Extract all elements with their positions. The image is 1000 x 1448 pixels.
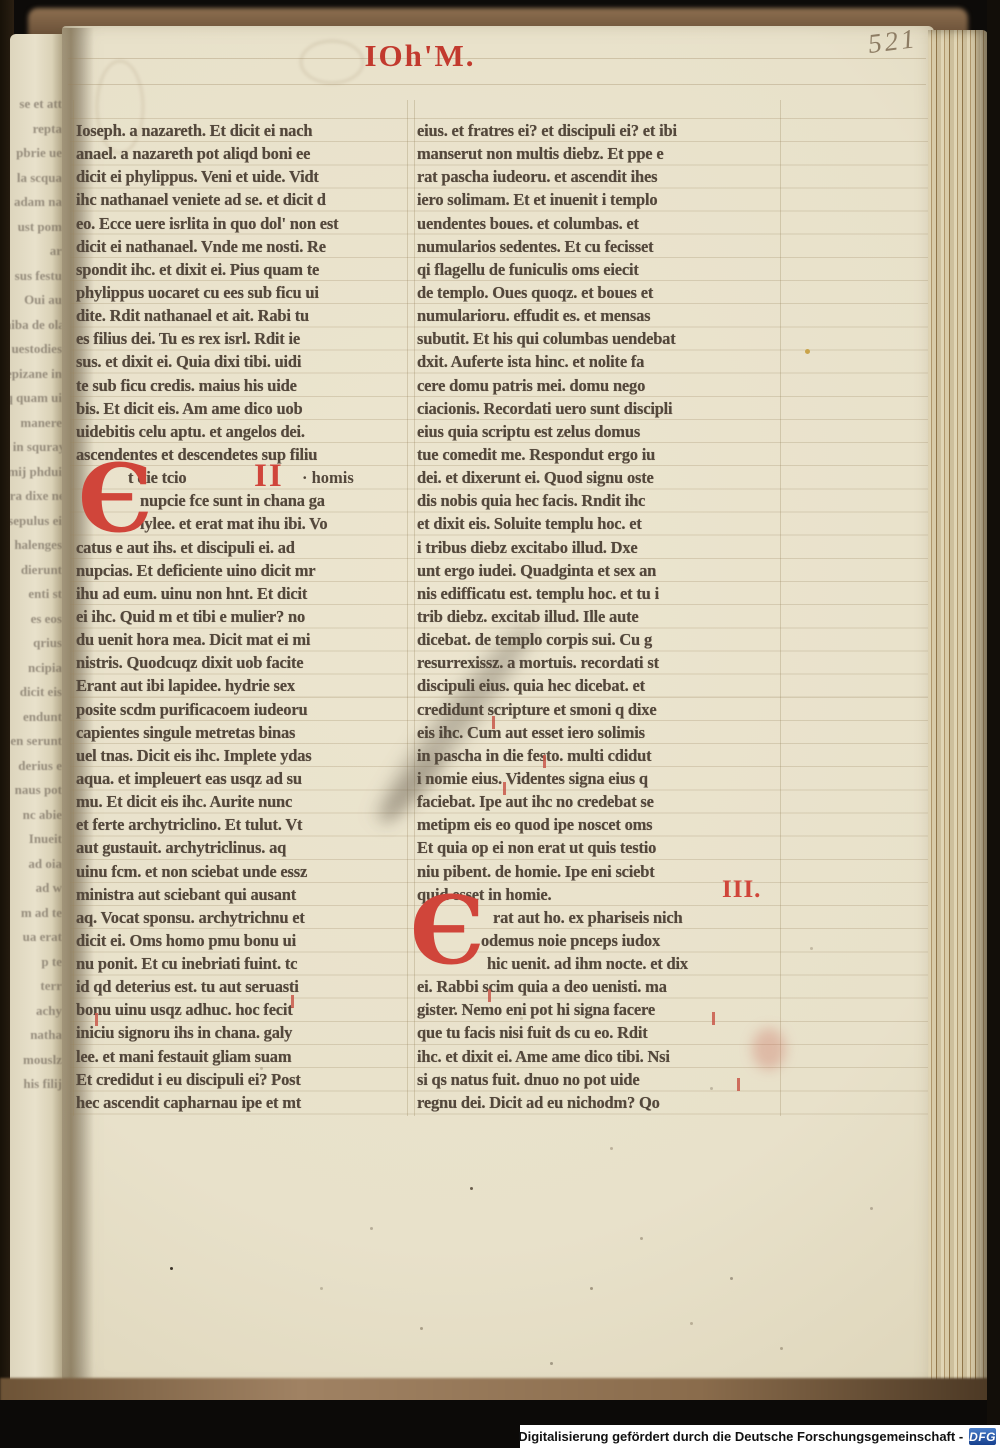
manuscript-line: es filius dei. Tu es rex isrl. Rdit ie	[76, 327, 410, 350]
manuscript-line: du uenit hora mea. Dicit mat ei mi	[76, 628, 410, 651]
manuscript-line: dicit ei nathanael. Vnde me nosti. Re	[76, 235, 410, 258]
manuscript-line: dicit ei phylippus. Veni et uide. Vidt	[76, 165, 410, 188]
manuscript-line: bis. Et dicit eis. Am ame dico uob	[76, 397, 410, 420]
manuscript-line: aut gustauit. archytriclinus. aq	[76, 836, 410, 859]
manuscript-line: capientes singule metretas binas	[76, 721, 410, 744]
dfg-logo: DFG	[969, 1428, 996, 1445]
manuscript-line: nistris. Quodcuqz dixit uob facite	[76, 651, 410, 674]
manuscript-line: subutit. Et his qui columbas uendebat	[417, 327, 781, 350]
manuscript-line: manserut non multis diebz. Et ppe e	[417, 142, 781, 165]
folio-number: 521	[866, 23, 919, 60]
chapter-numeral-ii: II	[254, 458, 284, 495]
manuscript-line: resurrexissz. a mortuis. recordati st	[417, 651, 781, 674]
manuscript-line: si qs natus fuit. dnuo no pot uide	[417, 1068, 781, 1091]
manuscript-line: et dixit eis. Soluite templu hoc. et	[417, 512, 781, 535]
rubric-tick	[488, 989, 491, 1002]
manuscript-line: aqua. et impleuert eas usqz ad su	[76, 767, 410, 790]
manuscript-line: numularios sedentes. Et cu fecisset	[417, 235, 781, 258]
parchment-specks	[170, 1267, 173, 1270]
manuscript-line: ihu ad eum. uinu non hnt. Et dicit	[76, 582, 410, 605]
manuscript-line: nupcias. Et deficiente uino dicit mr	[76, 559, 410, 582]
manuscript-line: iero solimam. Et et inuenit i templo	[417, 188, 781, 211]
manuscript-line: Et credidut i eu discipuli ei? Post	[76, 1068, 410, 1091]
manuscript-line: cere domu patris mei. domu nego	[417, 374, 781, 397]
manuscript-line: spondit ihc. et dixit ei. Pius quam te	[76, 258, 410, 281]
manuscript-line: metipm eis eo quod ipe noscet oms	[417, 813, 781, 836]
manuscript-scan: se et attreptapbrie uela scquaadam naust…	[0, 0, 1000, 1448]
manuscript-line: anael. a nazareth pot aliqd boni ee	[76, 142, 410, 165]
manuscript-line: hec ascendit capharnau ipe et mt	[76, 1091, 410, 1114]
manuscript-line: i nomie eius. Videntes signa eius q	[417, 767, 781, 790]
manuscript-line: eo. Ecce uere isrlita in quo dol' non es…	[76, 212, 410, 235]
manuscript-line: Et quia op ei non erat ut quis testio	[417, 836, 781, 859]
manuscript-line: iniciu signoru ihs in chana. galy	[76, 1021, 410, 1044]
manuscript-line: lee. et mani festauit gliam suam	[76, 1045, 410, 1068]
manuscript-line: dite. Rdit nathanael et ait. Rabi tu	[76, 304, 410, 327]
manuscript-line: qi flagellu de funiculis oms eiecit	[417, 258, 781, 281]
manuscript-line: Erant aut ibi lapidee. hydrie sex	[76, 674, 410, 697]
manuscript-line: uinu fcm. et non sciebat unde essz	[76, 860, 410, 883]
header-rule-2	[68, 84, 926, 85]
manuscript-line: nu ponit. Et cu inebriati fuint. tc	[76, 952, 410, 975]
manuscript-line: posite scdm purificacoem iudeoru	[76, 698, 410, 721]
manuscript-line: eius. et fratres ei? et discipuli ei? et…	[417, 119, 781, 142]
chapter-initial-right: Є	[410, 894, 485, 968]
manuscript-line: faciebat. Ipe aut ihc no credebat se	[417, 790, 781, 813]
manuscript-line: trib diebz. excitab illud. Ille aute	[417, 605, 781, 628]
text-column-left: Ioseph. a nazareth. Et dicit ei nachanae…	[76, 119, 410, 1114]
manuscript-line: numularioru. effudit es. et mensas	[417, 304, 781, 327]
manuscript-line: i tribus diebz excitabo illud. Dxe	[417, 536, 781, 559]
manuscript-line: mu. Et dicit eis ihc. Aurite nunc	[76, 790, 410, 813]
rubric-tick	[503, 782, 506, 795]
manuscript-line: uendentes boues. et columbas. et	[417, 212, 781, 235]
chapter-line-tail: · homis	[302, 466, 354, 489]
rubric-tick	[737, 1078, 740, 1091]
manuscript-line: phylippus uocaret cu ees sub ficu ui	[76, 281, 410, 304]
dfg-credit-text: Digitalisierung gefördert durch die Deut…	[518, 1429, 963, 1444]
red-smudge	[752, 1028, 786, 1070]
manuscript-line: eius quia scriptu est zelus domus	[417, 420, 781, 443]
manuscript-line: uel tnas. Dicit eis ihc. Implete ydas	[76, 744, 410, 767]
photo-background-right	[987, 0, 1000, 1448]
manuscript-line: te sub ficu credis. maius his uide	[76, 374, 410, 397]
manuscript-line: que tu facis nisi fuit ds cu eo. Rdit	[417, 1021, 781, 1044]
manuscript-line: ihc nathanael veniete ad se. et dicit d	[76, 188, 410, 211]
manuscript-line: ihc. et dixit ei. Ame ame dico tibi. Nsi	[417, 1045, 781, 1068]
manuscript-line: uidebitis celu aptu. et angelos dei.	[76, 420, 410, 443]
manuscript-line: ei ihc. Quid m et tibi e mulier? no	[76, 605, 410, 628]
manuscript-line: bonu uinu usqz adhuc. hoc fecit	[76, 998, 410, 1021]
manuscript-line: ciacionis. Recordati uero sunt discipli	[417, 397, 781, 420]
manuscript-line: de templo. Oues quoqz. et boues et	[417, 281, 781, 304]
manuscript-line: dxit. Auferte ista hinc. et nolite fa	[417, 350, 781, 373]
rubric-tick	[95, 1013, 98, 1026]
manuscript-line: dicebat. de templo corpis sui. Cu g	[417, 628, 781, 651]
fore-edge-pages	[928, 30, 988, 1388]
manuscript-line: regnu dei. Dicit ad eu nichodm? Qo	[417, 1091, 781, 1114]
digitization-credit-bar: Digitalisierung gefördert durch die Deut…	[520, 1425, 1000, 1448]
chapter-numeral-iii: III.	[722, 876, 761, 904]
manuscript-line: dicit ei. Oms homo pmu bonu ui	[76, 929, 410, 952]
manuscript-line: et ferte archytriclino. Et tulut. Vt	[76, 813, 410, 836]
rubric-tick	[291, 995, 294, 1008]
manuscript-line: gister. Nemo eni pot hi signa facere	[417, 998, 781, 1021]
rubric-tick	[543, 755, 546, 768]
rubric-tick	[712, 1012, 715, 1025]
manuscript-line: sus. et dixit ei. Quia dixi tibi. uidi	[76, 350, 410, 373]
manuscript-line: in pascha in die festo. multi cdidut	[417, 744, 781, 767]
manuscript-line: id qd deterius est. tu aut seruasti	[76, 975, 410, 998]
manuscript-line: unt ergo iudei. Quadginta et sex an	[417, 559, 781, 582]
manuscript-line: Ioseph. a nazareth. Et dicit ei nach	[76, 119, 410, 142]
chapter-initial-left: Є	[78, 462, 153, 536]
manuscript-line: nis edifficatu est. templu hoc. et tu i	[417, 582, 781, 605]
manuscript-line: tue comedit me. Respondut ergo iu	[417, 443, 781, 466]
rubric-tick	[492, 716, 495, 729]
ruling-vertical-left	[73, 100, 74, 1116]
manuscript-line: dis nobis quia hec facis. Rndit ihc	[417, 489, 781, 512]
running-title: IOh'M.	[340, 38, 500, 74]
manuscript-line: ministra aut sciebant qui ausant	[76, 883, 410, 906]
manuscript-line: aq. Vocat sponsu. archytrichnu et	[76, 906, 410, 929]
manuscript-line: rat pascha iudeoru. et ascendit ihes	[417, 165, 781, 188]
manuscript-line: dei. et dixerunt ei. Quod signu oste	[417, 466, 781, 489]
